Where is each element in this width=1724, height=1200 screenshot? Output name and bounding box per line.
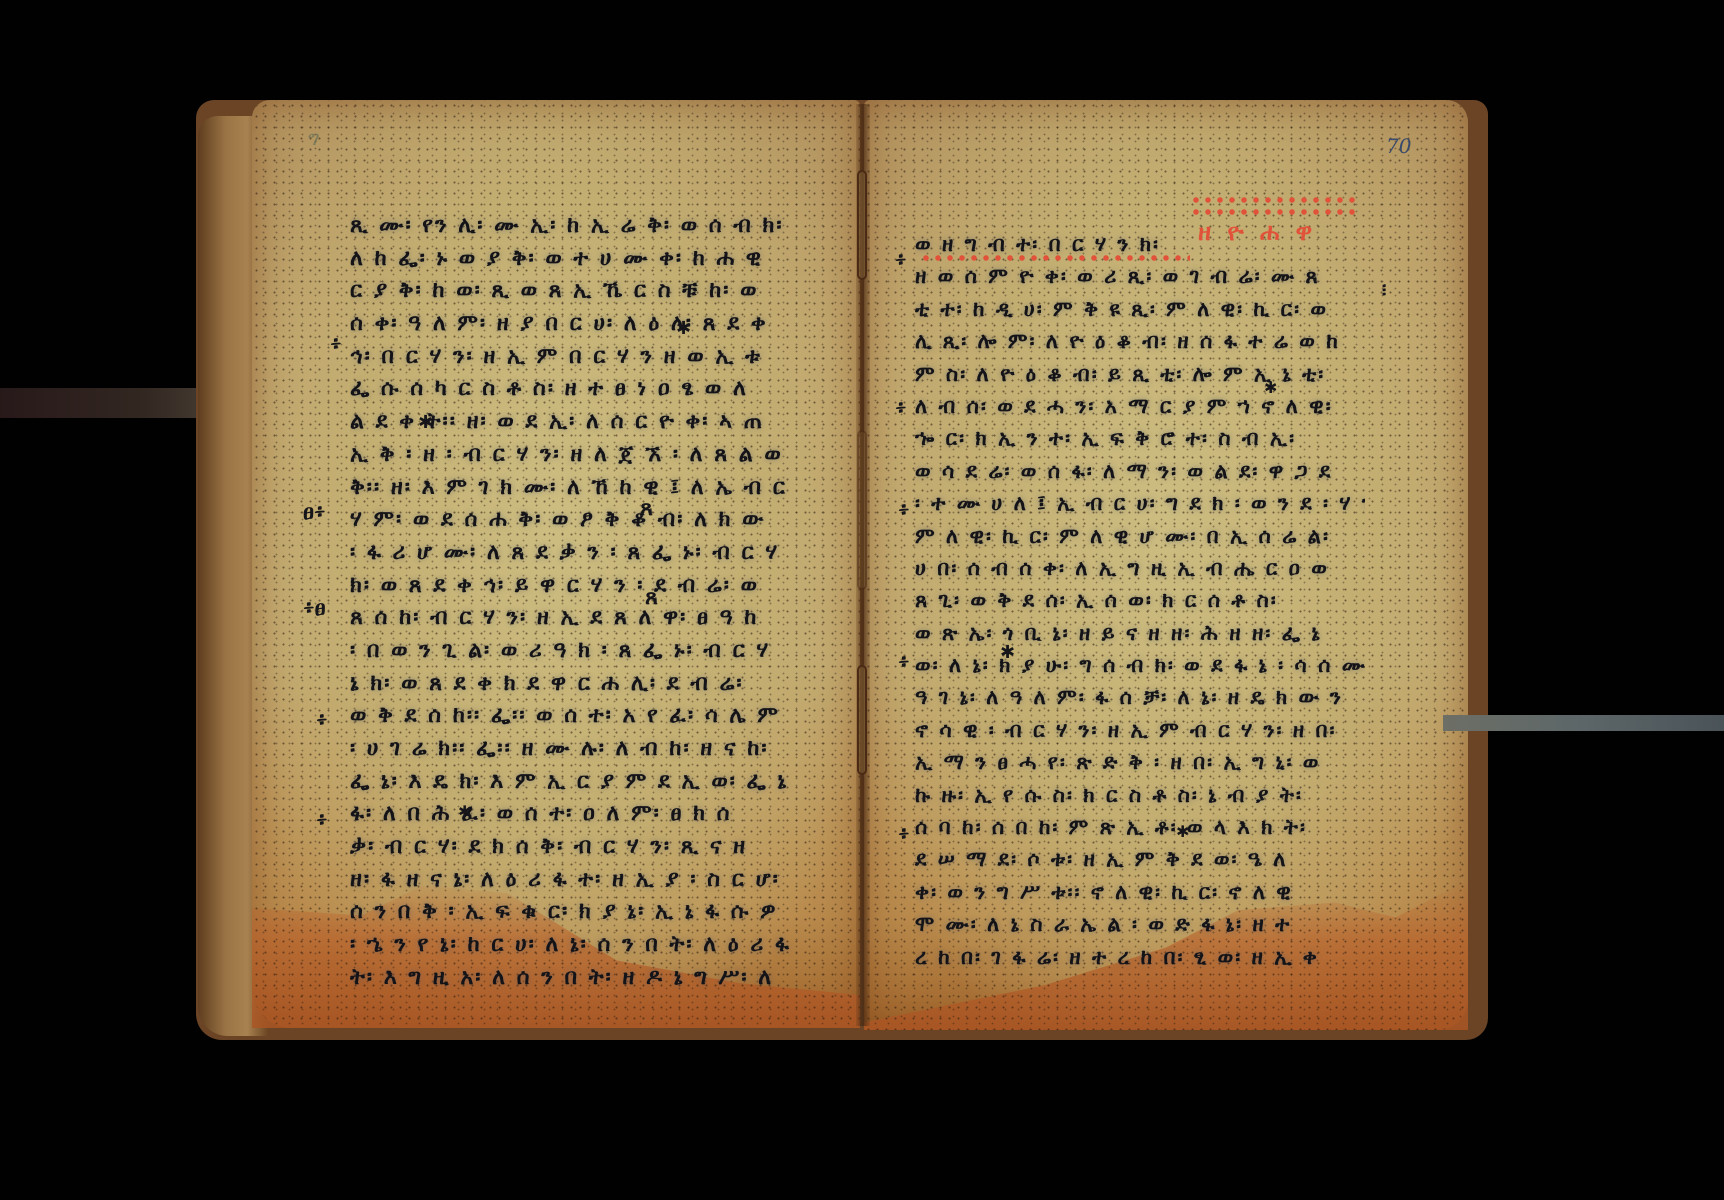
binding-stitch — [857, 430, 867, 590]
margin-mark-icon: ፥ፀ — [303, 596, 326, 621]
text-line: ቃ፡ ብ ር ሃ፡ ደ ክ ሰ ቅ፡ ብ ር ሃ ን፡ ጺ ና ዘ — [350, 831, 830, 864]
bookmark-strip-right — [1443, 715, 1724, 731]
rubric-mark: ጸ — [640, 496, 653, 521]
page-number-right: 70 — [1386, 134, 1411, 158]
text-line: ረ ከ በ፡ ገ ፋ ሬ፡ ዘ ተ ረ ከ በ፡ ፂ ወ፡ ዘ ኢ ቀ — [915, 941, 1365, 973]
text-line: ዘ፡ ፋ ዘ ና ኔ፡ ለ ዕ ሪ ፋ ተ፡ ዘ ኢ ያ ፡ ስ ር ሆ፡ — [350, 864, 830, 897]
text-line: ር ያ ቅ፡ ከ ወ፡ ጺ ወ ጸ ኢ ኼ ር ስ ቹ ከ፡ ወ — [350, 275, 830, 308]
text-line: ጺ ሙ፡ የን ሊ፡ ሙ ኢ፡ ከ ኢ ሬ ቅ፡ ወ ሰ ብ ክ፡ — [350, 210, 830, 243]
text-line: ት፡ እ ግ ዚ አ፡ ለ ሰ ን በ ት፡ ዘ ዶ ኔ ግ ሥ፡ ለ — [350, 962, 830, 995]
text-line: ፡ ኄ ን የ ኔ፡ ከ ር ሀ፡ ለ ኔ፡ ሰ ን በ ት፡ ለ ዕ ሪ ፋ — [350, 929, 830, 962]
text-line: ሞ ሙ፡ ለ ኔ ስ ራ ኤ ል ፡ ወ ድ ፋ ኔ፡ ዘ ተ — [915, 908, 1365, 940]
text-line: ወ ሳ ደ ሬ፡ ወ ሰ ፋ፡ ለ ማ ን፡ ወ ል ደ፡ ዋ ጋ ደ — [915, 455, 1365, 487]
rubric-mark: ✱ — [418, 412, 433, 433]
rubric-dotted-line — [1190, 196, 1360, 204]
margin-mark-icon: ፥ — [898, 822, 910, 847]
text-line: ኈ ር፡ ክ ኢ ን ተ፡ ኢ ፍ ቅ ሮ ተ፡ ስ ብ ኢ፡ — [915, 422, 1365, 454]
text-line: ወ ጽ ኤ፡ ጎ ቢ ኔ፡ ዘ ይ ና ዘ ዘ፡ ሕ ዘ ዘ፡ ፌ ኔ — [915, 617, 1365, 649]
text-line: ም ለ ዊ፡ ኪ ር፡ ም ለ ዊ ሆ ሙ፡ በ ኢ ሰ ሬ ል፡ — [915, 520, 1365, 552]
text-line: ኖ ሳ ዊ ፡ ብ ር ሃ ን፡ ዘ ኢ ም ብ ር ሃ ን፡ ዘ በ፡ — [915, 714, 1365, 746]
text-line: ኢ ማ ን ፀ ሓ የ፡ ጽ ድ ቅ ፡ ዘ በ፡ ኢ ግ ኒ፡ ወ — [915, 746, 1365, 778]
text-line: ሰ ን በ ቅ ፡ ኢ ፍ ቁ ር፡ ክ ያ ኔ፡ ኢ ኔ ፋ ሱ ዎ — [350, 896, 830, 929]
margin-mark-icon: ፥ — [898, 650, 910, 675]
text-line: ቲ ተ፡ ከ ዲ ሀ፡ ም ቅ ዩ ጺ፡ ም ለ ዊ፡ ኪ ር፡ ወ — [915, 293, 1365, 325]
text-line: ፡ ሀ ገ ሬ ክ፡፡ ፌ፡፡ ዘ ሙ ሉ፡ ለ ብ ከ፡ ዘ ና ከ፡ — [350, 733, 830, 766]
photo-scene: ግ 70 ጺ ሙ፡ የን ሊ፡ ሙ ኢ፡ ከ ኢ ሬ ቅ፡ ወ ሰ ብ ክ፡ ለ… — [0, 0, 1724, 1200]
text-line: ቅ፡፡ ዘ፡ እ ም ገ ክ ሙ፡ ለ ኸ ከ ዊ ፤ ለ ኤ ብ ር — [350, 472, 830, 505]
page-number-left: ግ — [306, 126, 318, 150]
text-line: ሰ ቀ፡ ዓ ለ ም፡ ዘ ያ በ ር ሀ፡ ለ ዕ ለ፡ ጸ ደ ቀ — [350, 308, 830, 341]
text-line: ፡ ተ ሙ ሀ ለ ፤ ኢ ብ ር ሀ፡ ግ ደ ክ ፡ ወ ን ደ ፡ ሃ ን… — [915, 487, 1365, 519]
text-line: ኔ ክ፡ ወ ጸ ደ ቀ ክ ደ ዋ ር ሐ ሊ፡ ደ ብ ሬ፡ — [350, 668, 830, 701]
text-line: ፌ ሱ ሰ ካ ር ስ ቶ ስ፡ ዘ ተ ፀ ነ ዐ ፄ ወ ለ — [350, 373, 830, 406]
text-line: ሊ ጺ፡ ሎ ም፡ ለ ዮ ዕ ቆ ብ፡ ዘ ሰ ፋ ተ ሬ ወ ከ — [915, 325, 1365, 357]
text-line: ጸ ሰ ከ፡ ብ ር ሃ ን፡ ዘ ኢ ደ ጸ ለ ዋ፡ ፀ ዓ ከ — [350, 602, 830, 635]
rubric-mark: ጸ — [645, 585, 658, 610]
rubric-mark: ✱ — [458, 802, 471, 821]
text-line: ሰ ባ ከ፡ ሰ በ ከ፡ ም ጽ ኢ ቶ፡ ወ ላ እ ክ ት፡ — [915, 811, 1365, 843]
margin-mark-icon: ፥ — [316, 708, 328, 733]
margin-mark-icon: ፥ — [316, 808, 328, 833]
text-line: ዘ ወ ሰ ም ዮ ቀ፡ ወ ሪ ጺ፡ ወ ገ ብ ሬ፡ ሙ ጸ — [915, 260, 1365, 292]
text-line: ሀ በ፡ ሰ ብ ሰ ቀ፡ ለ ኢ ግ ዚ ኢ ብ ሔ ር ዐ ወ — [915, 552, 1365, 584]
text-line: ክ፡ ወ ጸ ደ ቀ ኅ፡ ይ ዋ ር ሃ ን ፡ ደ ብ ሬ፡ ወ — [350, 570, 830, 603]
rubric-mark: ✱ — [1264, 378, 1277, 397]
text-line: ኢ ቅ ፡ ዘ ፡ ብ ር ሃ ን፡ ዘ ለ ጀ ኧ ፡ ለ ጸ ል ወ — [350, 439, 830, 472]
text-line: ጸ ጊ፡ ወ ቅ ደ ሰ፡ ኢ ሰ ወ፡ ክ ር ሰ ቶ ስ፡ — [915, 584, 1365, 616]
left-page-text: ጺ ሙ፡ የን ሊ፡ ሙ ኢ፡ ከ ኢ ሬ ቅ፡ ወ ሰ ብ ክ፡ ለ ከ ፌ፡… — [350, 210, 830, 995]
binding-stitch — [857, 170, 867, 280]
right-page-text: ወ ዘ ግ ብ ተ፡ በ ር ሃ ን ክ፡ ዘ ወ ሰ ም ዮ ቀ፡ ወ ሪ ጺ… — [915, 228, 1365, 973]
text-line: ወ ዘ ግ ብ ተ፡ በ ር ሃ ን ክ፡ — [915, 228, 1365, 260]
text-line: ዓ ገ ኔ፡ ለ ዓ ለ ም፡ ፋ ሰ ቻ፡ ለ ኔ፡ ዘ ዴ ክ ው ን — [915, 681, 1365, 713]
text-line: ሃ ም፡ ወ ደ ሰ ሐ ቅ፡ ወ ፆ ቅ ቆ ብ፡ ለ ክ ው — [350, 504, 830, 537]
rubric-dotted-line — [1190, 208, 1360, 216]
text-line: ለ ብ ሰ፡ ወ ደ ሓ ን፡ አ ማ ር ያ ም ኀ ኖ ለ ዊ፡ — [915, 390, 1365, 422]
margin-mark-icon: ፀ፥ — [303, 500, 326, 525]
margin-mark-icon: ፥ — [895, 248, 907, 273]
text-line: ወ፡ ለ ኔ፡ ክ ያ ሁ፡ ግ ሰ ብ ክ፡ ወ ደ ፋ ኔ ፡ ሳ ሰ ሙ — [915, 649, 1365, 681]
text-line: ደ ሠ ማ ደ፡ ሶ ቱ፡ ዘ ኢ ም ቅ ደ ወ፡ ዔ ለ — [915, 843, 1365, 875]
text-line: ኩ ዙ፡ ኢ የ ሱ ስ፡ ክ ር ስ ቶ ስ፡ ኔ ብ ያ ት፡ — [915, 779, 1365, 811]
text-line: ፋ፡ ለ በ ሕ ፈ፡ ወ ሰ ተ፡ ዐ ለ ም፡ ፀ ክ ሰ — [350, 798, 830, 831]
rubric-mark: ✱ — [1176, 822, 1189, 841]
text-line: ፡ በ ወ ን ጊ ል፡ ወ ሪ ዓ ክ ፡ ጸ ፌ ኑ፡ ብ ር ሃ — [350, 635, 830, 668]
text-line: ፌ ኔ፡ እ ዴ ክ፡ እ ም ኢ ር ያ ም ደ ኢ ወ፡ ፌ ኔ — [350, 766, 830, 799]
text-line: ቀ፡ ወ ን ግ ሥ ቱ፡፡ ኖ ለ ዊ፡ ኪ ር፡ ኖ ለ ዊ — [915, 876, 1365, 908]
margin-mark-icon: ፥ — [330, 332, 342, 357]
binding-stitch — [857, 665, 867, 775]
margin-mark-icon: ፧ — [1382, 280, 1386, 301]
text-line: ለ ከ ፌ፡ ኑ ወ ያ ቅ፡ ወ ተ ሀ ሙ ቀ፡ ከ ሐ ዊ — [350, 243, 830, 276]
text-line: ኅ፡ በ ር ሃ ን፡ ዘ ኢ ም በ ር ሃ ን ዘ ወ ኢ ቱ — [350, 341, 830, 374]
rubric-mark: ✱ — [1000, 642, 1015, 663]
text-line: ወ ቅ ደ ሰ ከ፡፡ ፌ፡፡ ወ ሰ ተ፡ አ የ ፈ፡ ሳ ሌ ም — [350, 700, 830, 733]
margin-mark-icon: ፥ — [895, 396, 907, 421]
text-line: ፡ ፋ ሪ ሆ ሙ፡ ለ ጸ ደ ቃ ን ፡ ጸ ፌ ኑ፡ ብ ር ሃ — [350, 537, 830, 570]
margin-mark-icon: ፥ — [898, 498, 910, 523]
rubric-mark: ✱ — [676, 318, 691, 339]
text-line: ም ስ፡ ለ ዮ ዕ ቆ ብ፡ ይ ጺ ቲ፡ ሎ ም ኢ ኔ ቲ፡ — [915, 358, 1365, 390]
